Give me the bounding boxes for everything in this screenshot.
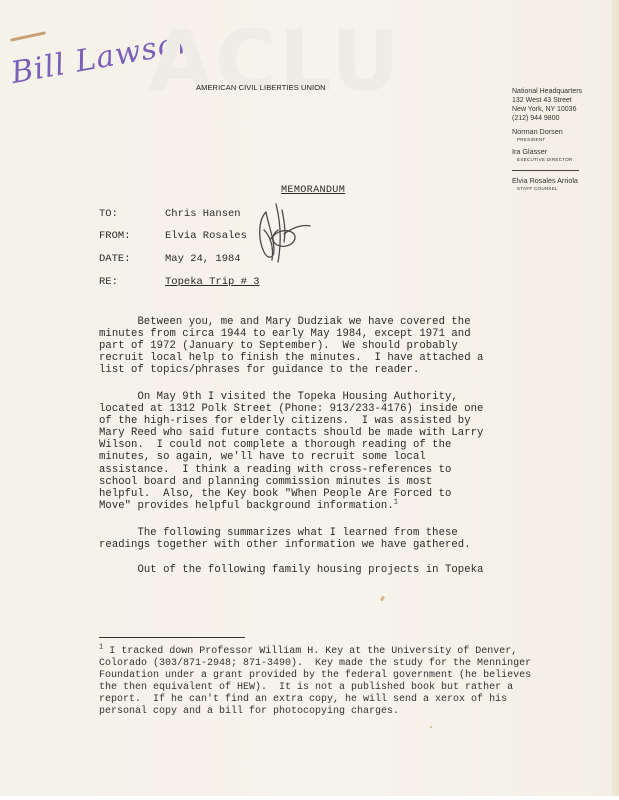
officer-title: EXECUTIVE DIRECTOR [517,156,617,163]
date-label: DATE: [99,253,131,265]
scan-border [0,796,619,800]
footnote-text: I tracked down Professor William H. Key … [99,646,531,717]
body-paragraph-2: On May 9th I visited the Topeka Housing … [99,391,619,512]
body-paragraph-3: The following summarizes what I learned … [99,527,619,551]
letterhead-contact-block: National Headquarters 132 West 43 Street… [512,87,617,192]
body-paragraph-4: Out of the following family housing proj… [99,564,619,576]
officer-name: Ira Glasser [512,147,617,156]
footnote: 1 I tracked down Professor William H. Ke… [99,646,619,719]
re-label: RE: [99,276,118,288]
address-line: National Headquarters [512,87,617,96]
organization-name: AMERICAN CIVIL LIBERTIES UNION [196,83,326,92]
footnote-reference[interactable]: 1 [394,498,398,506]
body-paragraph-1: Between you, me and Mary Dudziak we have… [99,316,619,376]
staff-title: STAFF COUNSEL [517,185,617,192]
footnote-separator [99,637,245,638]
from-label: FROM: [99,230,131,242]
officer-name: Norman Dorsen [512,127,617,136]
phone-line: (212) 944 9800 [512,114,617,123]
to-value: Chris Hansen [165,208,241,220]
memo-title: MEMORANDUM [281,185,345,196]
staff-name: Elvia Rosales Arriola [512,176,617,185]
to-label: TO: [99,208,118,220]
body-paragraph-2-text: On May 9th I visited the Topeka Housing … [99,391,483,512]
signature-initials [254,200,314,270]
divider [512,170,579,171]
paper-speck [430,726,432,728]
officer-title: PRESIDENT [517,136,617,143]
address-line: New York, NY 10036 [512,105,617,114]
address-line: 132 West 43 Street [512,96,617,105]
from-value: Elvia Rosales [165,230,247,242]
date-value: May 24, 1984 [165,253,241,265]
re-value: Topeka Trip # 3 [165,276,260,288]
